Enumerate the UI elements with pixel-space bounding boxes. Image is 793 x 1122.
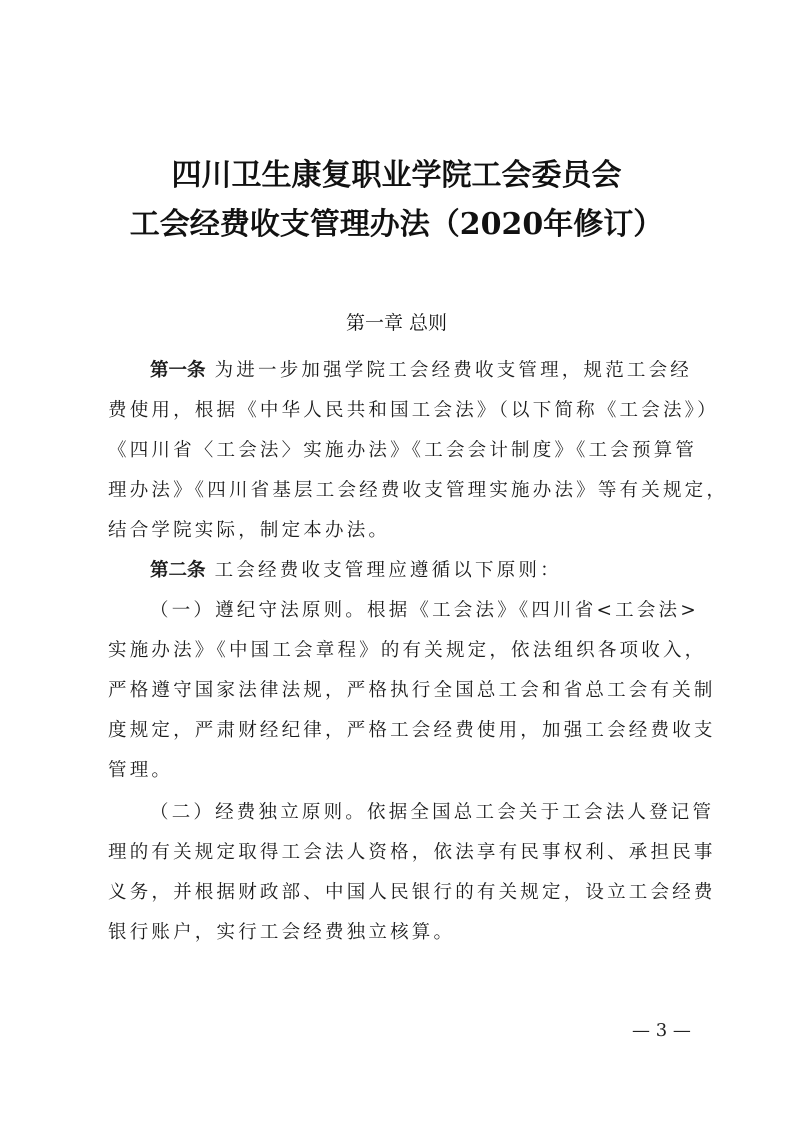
article-1-line-3: 《四川省〈工会法〉实施办法》《工会会计制度》《工会预算管 — [108, 438, 693, 464]
principle-1-line-5: 管理。 — [108, 758, 693, 784]
page-number: — 3 — — [632, 1020, 691, 1041]
document-title-line2: 工会经费收支管理办法（2020年修订） — [0, 199, 793, 243]
principle-1-line-3: 严格遵守国家法律法规，严格执行全国总工会和省总工会有关制 — [108, 678, 693, 704]
article-1-line-5: 结合学院实际，制定本办法。 — [108, 518, 693, 544]
article-1-line-2: 费使用，根据《中华人民共和国工会法》（以下简称《工会法》） — [108, 398, 693, 424]
document-title-line1: 四川卫生康复职业学院工会委员会 — [0, 150, 793, 194]
principle-1-line-2: 实施办法》《中国工会章程》的有关规定，依法组织各项收入， — [108, 638, 693, 664]
article-1-line-4: 理办法》《四川省基层工会经费收支管理实施办法》等有关规定， — [108, 478, 693, 504]
article-1-label: 第一条 — [150, 360, 206, 381]
article-2-label: 第二条 — [150, 560, 206, 581]
principle-1-line-1: （一）遵纪守法原则。根据《工会法》《四川省<工会法> — [150, 598, 693, 624]
article-2-text: 工会经费收支管理应遵循以下原则： — [215, 560, 562, 581]
principle-2-line-2: 理的有关规定取得工会法人资格，依法享有民事权利、承担民事 — [108, 840, 693, 866]
article-1-text: 为进一步加强学院工会经费收支管理，规范工会经 — [215, 360, 692, 381]
article-1-line-1: 第一条 为进一步加强学院工会经费收支管理，规范工会经 — [150, 358, 693, 384]
chapter-heading: 第一章 总则 — [0, 308, 793, 335]
principle-2-line-1: （二）经费独立原则。依据全国总工会关于工会法人登记管 — [150, 800, 693, 826]
article-2-line: 第二条 工会经费收支管理应遵循以下原则： — [150, 558, 693, 584]
principle-2-line-3: 义务，并根据财政部、中国人民银行的有关规定，设立工会经费 — [108, 880, 693, 906]
principle-2-line-4: 银行账户，实行工会经费独立核算。 — [108, 920, 693, 946]
principle-1-line-4: 度规定，严肃财经纪律，严格工会经费使用，加强工会经费收支 — [108, 718, 693, 744]
